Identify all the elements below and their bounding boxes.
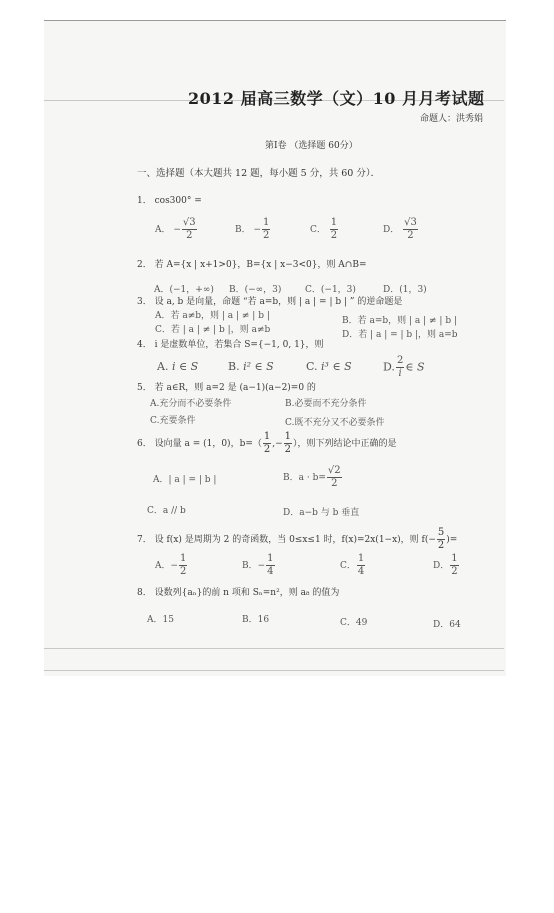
- question-7: 7． 设 f(x) 是周期为 2 的奇函数，当 0≤x≤1 时，f(x)=2x(…: [137, 528, 457, 551]
- option-7c: C．14: [340, 554, 366, 577]
- option-5a: A.充分而不必要条件: [150, 396, 231, 409]
- question-stem: 设数列{aₙ}的前 n 项和 Sₙ=n²，则 a₈ 的值为: [155, 588, 340, 598]
- option-5c: C.充要条件: [150, 413, 195, 426]
- option-4a: A. i ∈ S: [157, 360, 198, 373]
- question-6: 6． 设向量 a = (1，0)，b=（12,−12），则下列结论中正确的是: [137, 432, 397, 455]
- question-2: 2． 若 A={x | x+1>0}，B={x | x−3<0}，则 A∩B=: [137, 257, 367, 270]
- option-1d: D． √32: [383, 218, 419, 241]
- question-stem: 设 a, b 是向量，命题 “若 a=b，则 | a | = | b | ” 的…: [155, 297, 403, 307]
- option-4d: D.2i∈ S: [383, 356, 425, 379]
- section-heading: 一、选择题（本大题共 12 题，每小题 5 分，共 60 分）．: [137, 165, 380, 179]
- question-stem: cos300° =: [155, 196, 202, 206]
- option-5d: C.既不充分又不必要条件: [285, 415, 384, 428]
- question-stem: 若 a∈R，则 a=2 是 (a−1)(a−2)=0 的: [155, 383, 316, 393]
- option-3d: D．若 | a | = | b |，则 a=b: [342, 327, 458, 340]
- question-stem: i 是虚数单位，若集合 S={−1, 0, 1}，则: [155, 340, 324, 350]
- option-8c: C．49: [340, 615, 367, 628]
- option-6c: C．a // b: [147, 503, 186, 516]
- part-heading: 第Ⅰ卷 （选择题 60分）: [265, 138, 358, 151]
- option-3a: A．若 a≠b，则 | a | ≠ | b |: [155, 308, 270, 321]
- option-6a: A．| a | = | b |: [153, 472, 216, 485]
- question-stem: 若 A={x | x+1>0}，B={x | x−3<0}，则 A∩B=: [155, 260, 367, 270]
- option-1a: A． −√32: [155, 218, 198, 241]
- question-8: 8． 设数列{aₙ}的前 n 项和 Sₙ=n²，则 a₈ 的值为: [137, 585, 339, 598]
- option-3c: C．若 | a | ≠ | b |，则 a≠b: [155, 322, 270, 335]
- option-7d: D．12: [433, 554, 460, 577]
- scan-rule: [44, 648, 504, 649]
- option-8b: B．16: [242, 612, 269, 625]
- option-1c: C． 12: [310, 218, 339, 241]
- option-3b: B．若 a=b，则 | a | ≠ | b |: [342, 313, 457, 326]
- option-6d: D．a−b 与 b 垂直: [283, 505, 359, 518]
- exam-title: 2012 届高三数学（文）10 月月考试题: [188, 86, 484, 109]
- option-8a: A．15: [147, 612, 174, 625]
- option-4b: B. i² ∈ S: [228, 360, 274, 373]
- option-4c: C. i³ ∈ S: [306, 360, 352, 373]
- scan-rule: [44, 670, 504, 671]
- question-1: 1． cos300° =: [137, 193, 202, 206]
- question-3: 3． 设 a, b 是向量，命题 “若 a=b，则 | a | = | b | …: [137, 294, 402, 307]
- option-8d: D．64: [433, 617, 461, 630]
- option-7b: B．−14: [242, 554, 276, 577]
- option-5b: B.必要而不充分条件: [285, 396, 367, 409]
- option-1b: B． −12: [235, 218, 271, 241]
- option-7a: A．−12: [155, 554, 188, 577]
- question-5: 5． 若 a∈R，则 a=2 是 (a−1)(a−2)=0 的: [137, 380, 316, 393]
- exam-author: 命题人：洪秀娟: [420, 111, 483, 124]
- option-6b: B．a · b=√22: [283, 466, 343, 489]
- question-4: 4． i 是虚数单位，若集合 S={−1, 0, 1}，则: [137, 337, 324, 350]
